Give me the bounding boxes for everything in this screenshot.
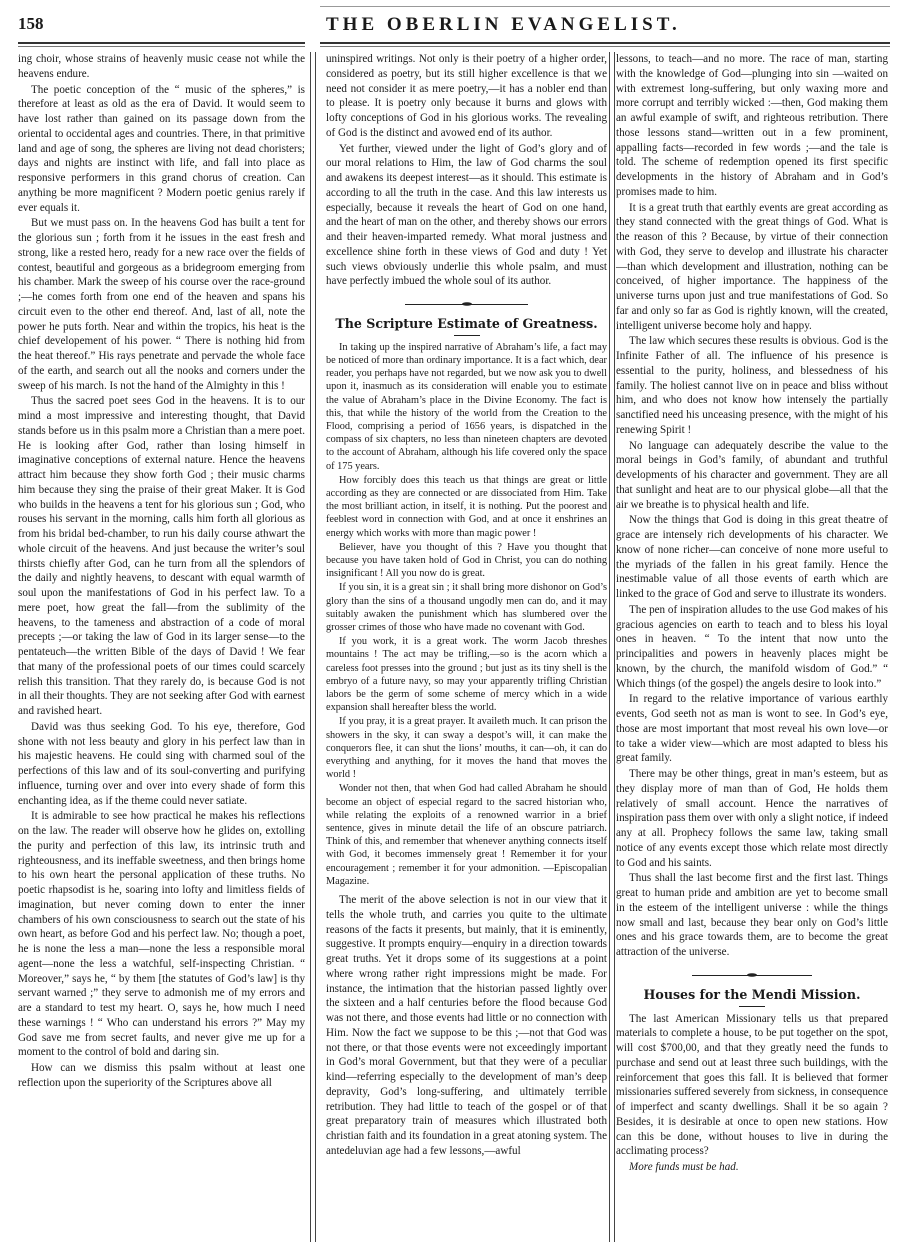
top-rule-left (18, 42, 305, 47)
paragraph: In taking up the inspired narrative of A… (326, 341, 607, 473)
paragraph: If you pray, it is a great prayer. It av… (326, 715, 607, 781)
paragraph: Thus shall the last become first and the… (616, 871, 888, 960)
paragraph: How forcibly does this teach us that thi… (326, 474, 607, 540)
paragraph: Thus the sacred poet sees God in the hea… (18, 394, 305, 719)
article-title: Houses for the Mendi Mission. (616, 988, 888, 1003)
paragraph: The law which secures these results is o… (616, 334, 888, 437)
title-rule (739, 1006, 765, 1007)
column-divider (310, 52, 316, 1242)
paragraph: The merit of the above selection is not … (326, 893, 607, 1159)
masthead-title: THE OBERLIN EVANGELIST. (326, 14, 681, 36)
page-number: 158 (18, 14, 44, 34)
column-3: lessons, to teach—and no more. The race … (616, 52, 888, 1175)
paragraph: uninspired writings. Not only is their p… (326, 52, 607, 141)
paragraph: Yet further, viewed under the light of G… (326, 142, 607, 290)
paragraph: The last American Missionary tells us th… (616, 1012, 888, 1160)
paragraph: lessons, to teach—and no more. The race … (616, 52, 888, 200)
paragraph: The pen of inspiration alludes to the us… (616, 603, 888, 692)
section-ornament (326, 297, 607, 313)
column-1: ing choir, whose strains of heavenly mus… (18, 52, 305, 1091)
column-2: uninspired writings. Not only is their p… (326, 52, 607, 1159)
column-divider (609, 52, 615, 1242)
paragraph: ing choir, whose strains of heavenly mus… (18, 52, 305, 82)
paragraph: No language can adequately describe the … (616, 439, 888, 513)
header-rule (320, 42, 890, 47)
article-title: The Scripture Estimate of Greatness. (326, 317, 607, 332)
paragraph: Now the things that God is doing in this… (616, 513, 888, 602)
paragraph: The poetic conception of the “ music of … (18, 83, 305, 216)
paragraph: How can we dismiss this psalm without at… (18, 1061, 305, 1091)
top-rule-right (320, 6, 890, 7)
paragraph: It is a great truth that earthly events … (616, 201, 888, 334)
paragraph: Believer, have you thought of this ? Hav… (326, 541, 607, 581)
paragraph: It is admirable to see how practical he … (18, 809, 305, 1060)
paragraph: If you work, it is a great work. The wor… (326, 635, 607, 714)
title-rule (454, 335, 480, 336)
paragraph: But we must pass on. In the heavens God … (18, 216, 305, 393)
paragraph: If you sin, it is a great sin ; it shall… (326, 581, 607, 634)
paragraph: Wonder not then, that when God had calle… (326, 782, 607, 888)
paragraph: There may be other things, great in man’… (616, 767, 888, 870)
paragraph: David was thus seeking God. To his eye, … (18, 720, 305, 809)
paragraph: More funds must be had. (616, 1160, 888, 1175)
paragraph: In regard to the relative importance of … (616, 692, 888, 766)
section-ornament (616, 968, 888, 984)
